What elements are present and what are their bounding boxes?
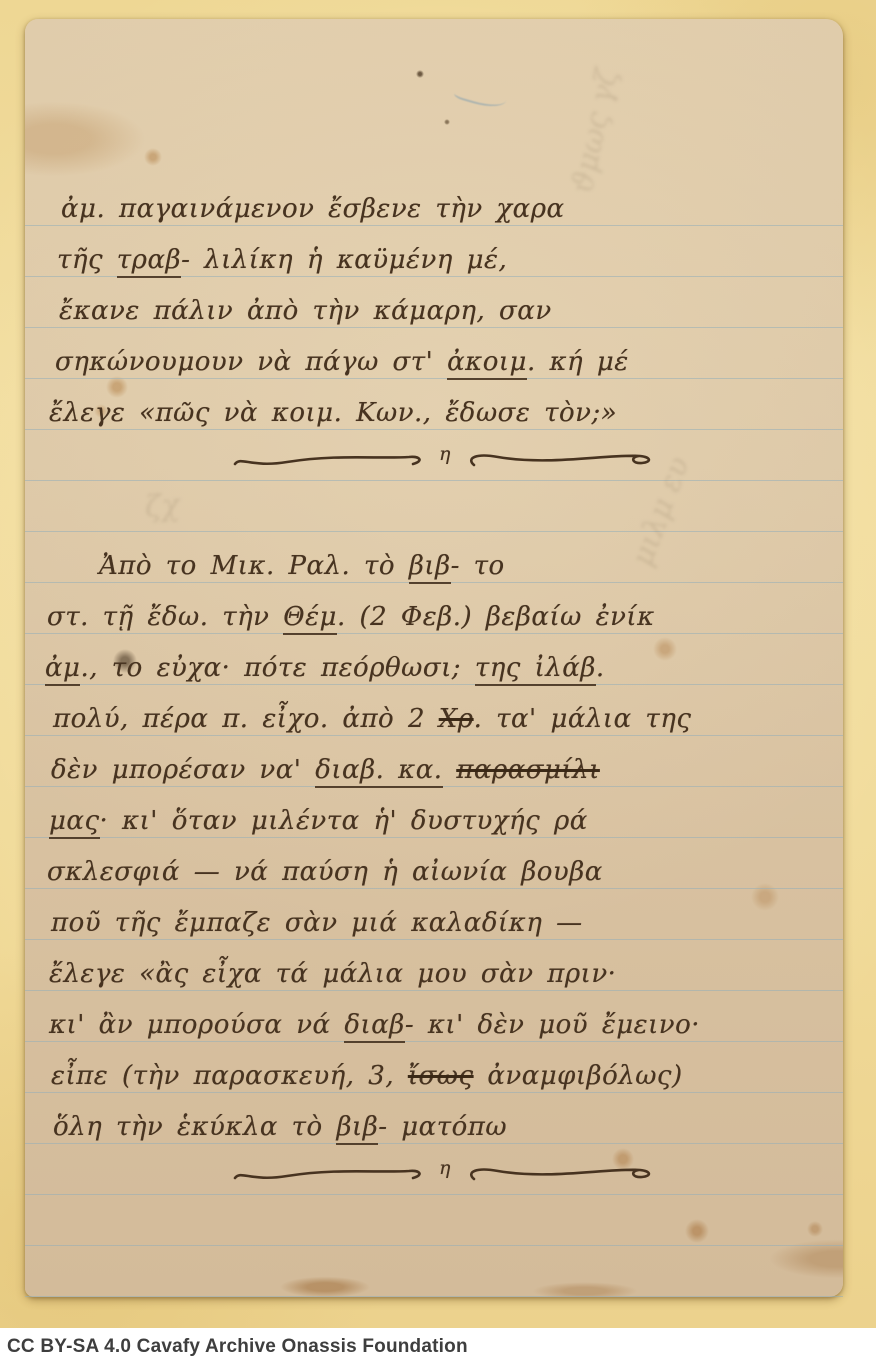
flourish-mid-glyph: η xyxy=(439,1159,450,1178)
handwritten-text: ἔλεγε «πῶς νὰ κοιμ. Κων., ἔδωσε τὸν;» xyxy=(49,400,617,429)
handwritten-text: ἔκανε πάλιν ἀπὸ τὴν κάμαρη, σαν xyxy=(59,298,552,327)
manuscript-line xyxy=(61,480,837,531)
handwritten-text: ὅλη τὴν ἑκύκλα τὸ βιβ- ματόπω xyxy=(53,1114,507,1143)
manuscript-line: τῆς τραβ- λιλίκη ἡ καϋμένη μέ, xyxy=(61,225,837,276)
manuscript-line: ἀμ., το εὐχα· πότε πεόρθωσι; της ἰλάβ. xyxy=(61,633,837,684)
handwritten-text: εἶπε (τὴν παρασκευή, 3, ἴσως ἀναμφιβόλως… xyxy=(51,1063,683,1092)
manuscript-line: κι' ἂν μπορούσα νά διαβ- κι' δὲν μοῦ ἔμε… xyxy=(61,990,837,1041)
flourish-right-swash xyxy=(460,444,660,474)
handwritten-text: τῆς τραβ- λιλίκη ἡ καϋμένη μέ, xyxy=(57,247,507,276)
handwritten-text: δὲν μπορέσαν να' διαβ. κα. παρασμίλι xyxy=(51,757,600,786)
pencil-mark xyxy=(453,78,508,112)
license-caption-bar: CC BY-SA 4.0 Cavafy Archive Onassis Foun… xyxy=(0,1328,876,1366)
manuscript-divider-row: η xyxy=(61,429,837,480)
manuscript-line: στ. τῇ ἔδω. τὴν Θέμ. (2 Φεβ.) βεβαίω ἐνί… xyxy=(61,582,837,633)
manuscript-divider-row: η xyxy=(61,1143,837,1194)
flourish-right-swash xyxy=(460,1158,660,1188)
manuscript-line: ἔκανε πάλιν ἀπὸ τὴν κάμαρη, σαν xyxy=(61,276,837,327)
handwritten-text: ποῦ τῆς ἔμπαζε σὰν μιά καλαδίκη — xyxy=(51,910,583,939)
manuscript-line: πολύ, πέρα π. εἶχο. ἀπὸ 2 Χρ. τα' μάλια … xyxy=(61,684,837,735)
letter-page: ϑμως γζ μιλμ ευ ζχ ἀμ. παγαινάμενον ἔσβε… xyxy=(25,19,843,1297)
manuscript-line: δὲν μπορέσαν να' διαβ. κα. παρασμίλι xyxy=(61,735,837,786)
manuscript-line: ἀμ. παγαινάμενον ἔσβενε τὴν χαρα xyxy=(61,174,837,225)
handwritten-text: κι' ἂν μπορούσα νά διαβ- κι' δὲν μοῦ ἔμε… xyxy=(49,1012,700,1041)
manuscript-line: μας· κι' ὅταν μιλέντα ἡ' δυστυχής ρά xyxy=(61,786,837,837)
manuscript-line: ἔλεγε «πῶς νὰ κοιμ. Κων., ἔδωσε τὸν;» xyxy=(61,378,837,429)
manuscript-line: εἶπε (τὴν παρασκευή, 3, ἴσως ἀναμφιβόλως… xyxy=(61,1041,837,1092)
handwritten-text: σκλεσφιά — νά παύση ἡ αἰωνία βουβα xyxy=(47,859,603,888)
handwritten-text: πολύ, πέρα π. εἶχο. ἀπὸ 2 Χρ. τα' μάλια … xyxy=(53,706,691,735)
license-caption-text: CC BY-SA 4.0 Cavafy Archive Onassis Foun… xyxy=(0,1336,468,1358)
manuscript-line: σκλεσφιά — νά παύση ἡ αἰωνία βουβα xyxy=(61,837,837,888)
manuscript-lines: ἀμ. παγαινάμενον ἔσβενε τὴν χαρα τῆς τρα… xyxy=(61,174,837,1245)
manuscript-line xyxy=(61,1194,837,1245)
handwritten-text: ἀμ., το εὐχα· πότε πεόρθωσι; της ἰλάβ. xyxy=(45,655,605,684)
manuscript-line: σηκώνουμουν νὰ πάγω στ' ἀκοιμ. κή μέ xyxy=(61,327,837,378)
handwritten-text: ἔλεγε «ἂς εἶχα τά μάλια μου σὰν πριν· xyxy=(49,961,616,990)
handwritten-text: στ. τῇ ἔδω. τὴν Θέμ. (2 Φεβ.) βεβαίω ἐνί… xyxy=(47,604,655,633)
manuscript-line: ὅλη τὴν ἑκύκλα τὸ βιβ- ματόπω xyxy=(61,1092,837,1143)
flourish-left-swash xyxy=(229,444,429,474)
divider-flourish: η xyxy=(229,1158,660,1194)
divider-flourish: η xyxy=(229,444,660,480)
handwritten-text: Ἀπὸ το Μικ. Ραλ. τὸ βιβ- το xyxy=(99,553,505,582)
flourish-mid-glyph: η xyxy=(439,445,450,464)
flourish-left-swash xyxy=(229,1158,429,1188)
mat-background: ϑμως γζ μιλμ ευ ζχ ἀμ. παγαινάμενον ἔσβε… xyxy=(0,0,876,1328)
handwritten-text: σηκώνουμουν νὰ πάγω στ' ἀκοιμ. κή μέ xyxy=(55,349,629,378)
manuscript-line: ἔλεγε «ἂς εἶχα τά μάλια μου σὰν πριν· xyxy=(61,939,837,990)
manuscript-line: Ἀπὸ το Μικ. Ραλ. τὸ βιβ- το xyxy=(61,531,837,582)
handwritten-text: ἀμ. παγαινάμενον ἔσβενε τὴν χαρα xyxy=(61,196,565,225)
handwritten-text: μας· κι' ὅταν μιλέντα ἡ' δυστυχής ρά xyxy=(49,808,588,837)
manuscript-line: ποῦ τῆς ἔμπαζε σὰν μιά καλαδίκη — xyxy=(61,888,837,939)
